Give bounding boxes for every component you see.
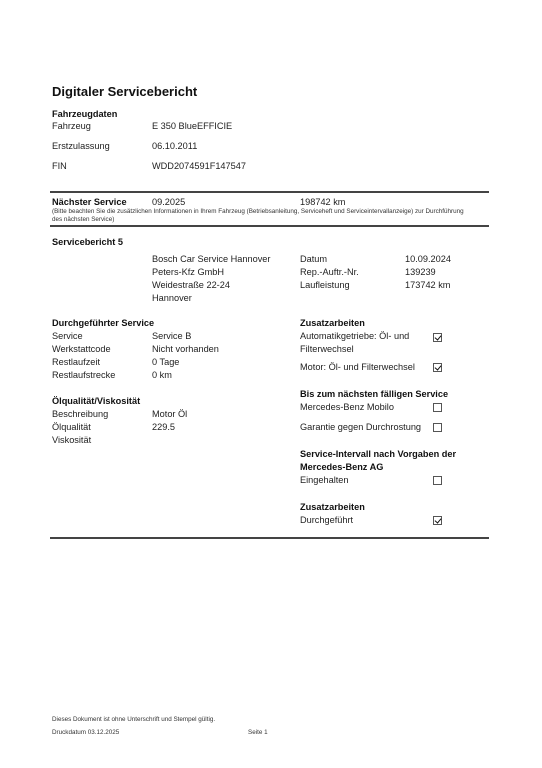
remaining-distance-label: Restlaufstrecke [52, 370, 115, 380]
performed-checkbox[interactable] [433, 516, 442, 525]
divider [50, 537, 489, 539]
extra-work-item-label: Automatikgetriebe: Öl- und [300, 331, 409, 341]
workshop-company: Peters-Kfz GmbH [152, 267, 224, 277]
report-heading: Servicebericht 5 [52, 237, 123, 247]
mobilo-label: Mercedes-Benz Mobilo [300, 402, 394, 412]
workshop-city: Hannover [152, 293, 192, 303]
next-service-note: (Bitte beachten Sie die zusätzlichen Inf… [52, 208, 472, 224]
mileage-value: 173742 km [405, 280, 450, 290]
extra-work-item-label: Motor: Öl- und Filterwechsel [300, 362, 415, 372]
oil-quality-value: 229.5 [152, 422, 175, 432]
workshop-name: Bosch Car Service Hannover [152, 254, 270, 264]
performed-label: Durchgeführt [300, 515, 353, 525]
document-title: Digitaler Servicebericht [52, 84, 197, 99]
engine-oil-checkbox[interactable] [433, 363, 442, 372]
next-service-mileage: 198742 km [300, 197, 345, 207]
mobilo-checkbox[interactable] [433, 403, 442, 412]
extra-work-heading: Zusatzarbeiten [300, 318, 365, 328]
page-number: Seite 1 [248, 729, 268, 736]
next-service-label: Nächster Service [52, 197, 127, 207]
performed-heading: Durchgeführter Service [52, 318, 154, 328]
extra-work2-heading: Zusatzarbeiten [300, 502, 365, 512]
mileage-label: Laufleistung [300, 280, 350, 290]
print-date: Druckdatum 03.12.2025 [52, 729, 119, 736]
remaining-distance-value: 0 km [152, 370, 172, 380]
date-value: 10.09.2024 [405, 254, 451, 264]
interval-kept-checkbox[interactable] [433, 476, 442, 485]
oil-heading: Ölqualität/Viskosität [52, 396, 140, 406]
extra-work-item-label-cont: Filterwechsel [300, 344, 354, 354]
divider [50, 191, 489, 193]
interval-kept-label: Eingehalten [300, 475, 349, 485]
vin-value: WDD2074591F147547 [152, 161, 246, 171]
order-number-label: Rep.-Auftr.-Nr. [300, 267, 359, 277]
transmission-oil-checkbox[interactable] [433, 333, 442, 342]
workshop-street: Weidestraße 22-24 [152, 280, 230, 290]
interval-heading: Service-Intervall nach Vorgaben der [300, 449, 456, 459]
remaining-time-value: 0 Tage [152, 357, 179, 367]
date-label: Datum [300, 254, 327, 264]
first-registration-label: Erstzulassung [52, 141, 110, 151]
interval-heading-cont: Mercedes-Benz AG [300, 462, 383, 472]
first-registration-value: 06.10.2011 [152, 141, 197, 151]
service-label: Service [52, 331, 83, 341]
remaining-time-label: Restlaufzeit [52, 357, 100, 367]
workshop-code-label: Werkstattcode [52, 344, 111, 354]
vin-label: FIN [52, 161, 67, 171]
viscosity-label: Viskosität [52, 435, 91, 445]
vehicle-heading: Fahrzeugdaten [52, 109, 117, 119]
next-service-date: 09.2025 [152, 197, 185, 207]
rust-warranty-checkbox[interactable] [433, 423, 442, 432]
oil-description-value: Motor Öl [152, 409, 187, 419]
validity-note: Dieses Dokument ist ohne Unterschrift un… [52, 716, 215, 723]
rust-warranty-label: Garantie gegen Durchrostung [300, 422, 421, 432]
workshop-code-value: Nicht vorhanden [152, 344, 219, 354]
oil-quality-label: Ölqualität [52, 422, 91, 432]
service-value: Service B [152, 331, 191, 341]
divider [50, 225, 489, 227]
vehicle-label: Fahrzeug [52, 121, 91, 131]
oil-description-label: Beschreibung [52, 409, 108, 419]
until-next-heading: Bis zum nächsten fälligen Service [300, 389, 448, 399]
vehicle-value: E 350 BlueEFFICIE [152, 121, 232, 131]
order-number-value: 139239 [405, 267, 436, 277]
